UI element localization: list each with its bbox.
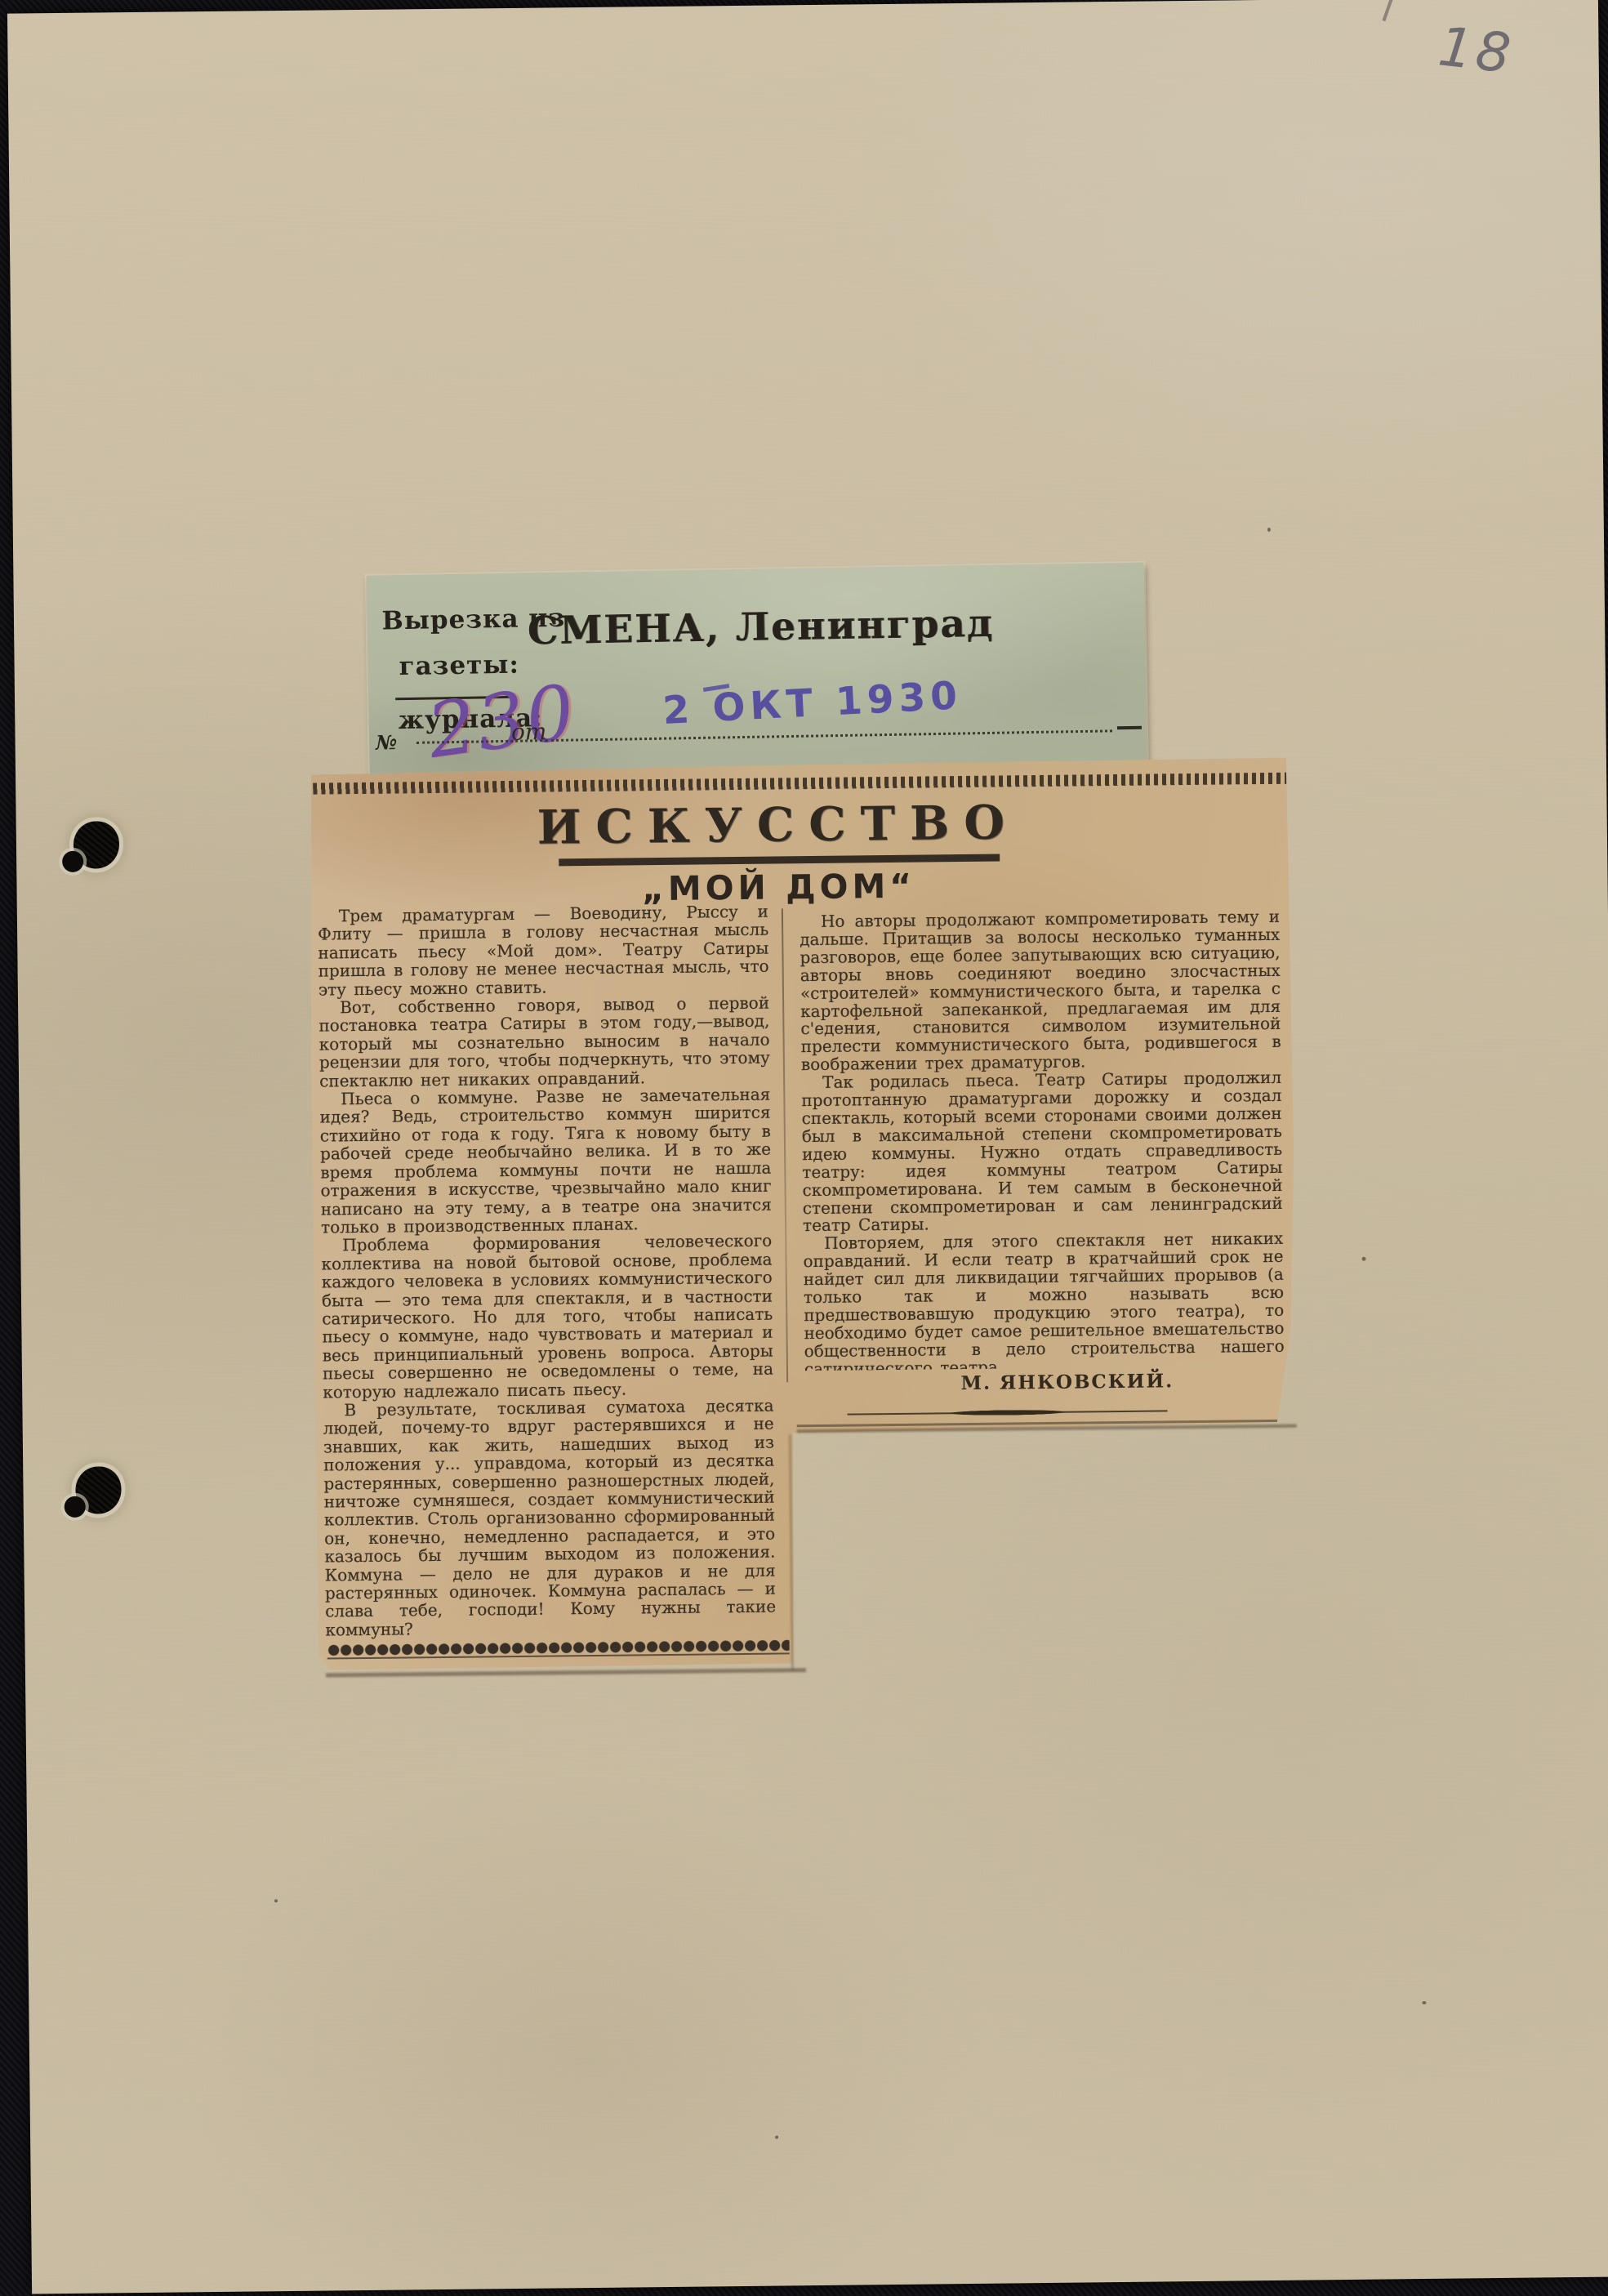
article-paragraph: Повторяем, для этого спектакля нет никак… <box>803 1230 1285 1371</box>
title-underline-bar <box>559 854 1000 867</box>
date-stamp: 2 ОКТ 1930 <box>661 673 963 733</box>
punch-hole-bottom <box>75 1466 122 1514</box>
handwritten-issue-number: 230 <box>422 668 581 775</box>
page-number: 18 <box>1436 15 1517 86</box>
column-divider-rule <box>782 908 788 1382</box>
archive-label: Вырезка из газеты: журнала: № СМЕНА, Лен… <box>367 563 1147 785</box>
label-source-title: СМЕНА, Ленинград <box>527 601 994 654</box>
article-column-left: Трем драматургам — Воеводину, Рыссу и Фл… <box>318 903 777 1647</box>
clipping-shadow-bottom <box>326 1668 806 1677</box>
author-signature: М. ЯНКОВСКИЙ. <box>804 1370 1174 1396</box>
paper-speck <box>1362 1257 1366 1261</box>
article-title: „МОЙ ДОМ“ <box>309 863 1248 912</box>
punch-hole-top <box>73 821 120 869</box>
scan-background: 18 Вырезка из газеты: журнала: № СМЕНА, … <box>0 0 1608 2296</box>
ornament-border-top <box>313 773 1286 795</box>
article-column-right: Но авторы продолжают компрометировать те… <box>800 908 1285 1371</box>
article-paragraph: Проблема формирования человеческого колл… <box>321 1232 773 1402</box>
end-rule <box>848 1407 1168 1417</box>
article-paragraph: Пьеса о коммуне. Разве не замечательная … <box>319 1086 772 1237</box>
paper-speck <box>1267 528 1271 532</box>
label-line-gazety: газеты: <box>399 650 519 681</box>
archive-page: 18 Вырезка из газеты: журнала: № СМЕНА, … <box>7 0 1608 2294</box>
paper-speck <box>1422 2001 1426 2004</box>
dash-mark <box>1117 726 1142 730</box>
paper-speck <box>274 1899 278 1902</box>
dotted-line-right <box>546 729 1112 742</box>
newspaper-clipping: ИСКУССТВО „МОЙ ДОМ“ Трем драматургам — В… <box>308 758 1303 1675</box>
pencil-mark <box>1382 0 1392 21</box>
paper-speck <box>775 2136 778 2139</box>
label-number-sign: № <box>376 730 398 754</box>
article-paragraph: Вот, собственно говоря, вывод о первой п… <box>318 994 770 1090</box>
article-paragraph: В результате, тоскливая суматоха десятка… <box>323 1397 776 1639</box>
section-title: ИСКУССТВО <box>308 792 1248 857</box>
article-paragraph: Но авторы продолжают компрометировать те… <box>800 908 1281 1075</box>
article-paragraph: Трем драматургам — Воеводину, Рыссу и Фл… <box>318 903 769 999</box>
article-paragraph: Так родилась пьеса. Театр Сатиры продолж… <box>801 1069 1283 1236</box>
